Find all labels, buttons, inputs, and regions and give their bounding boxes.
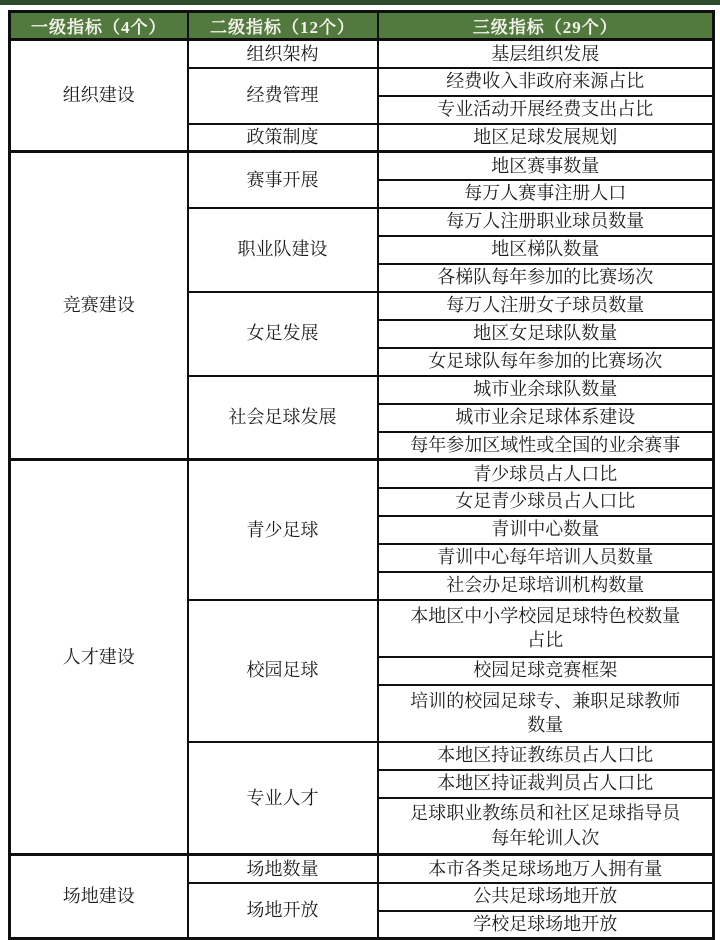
level3-cell: 青少球员占人口比 xyxy=(378,460,714,488)
level3-cell: 城市业余足球体系建设 xyxy=(378,404,714,432)
level3-cell: 城市业余球队数量 xyxy=(378,376,714,404)
indicator-table: 一级指标（4个） 二级指标（12个） 三级指标（29个） 组织建设组织架构基层组… xyxy=(8,10,715,940)
level2-cell: 赛事开展 xyxy=(188,152,378,208)
level2-cell: 组织架构 xyxy=(188,40,378,68)
level2-cell: 职业队建设 xyxy=(188,208,378,292)
level2-cell: 青少足球 xyxy=(188,460,378,600)
level3-cell: 青训中心数量 xyxy=(378,516,714,544)
level3-cell: 足球职业教练员和社区足球指导员每年轮训人次 xyxy=(378,798,714,855)
level3-cell: 经费收入非政府来源占比 xyxy=(378,68,714,96)
level3-cell: 每万人注册女子球员数量 xyxy=(378,292,714,320)
level1-cell: 人才建设 xyxy=(10,460,188,855)
table-row: 竞赛建设赛事开展地区赛事数量 xyxy=(10,152,714,180)
table-row: 组织建设组织架构基层组织发展 xyxy=(10,40,714,68)
level3-cell: 专业活动开展经费支出占比 xyxy=(378,96,714,124)
level3-cell: 每万人赛事注册人口 xyxy=(378,180,714,208)
level3-cell: 青训中心每年培训人员数量 xyxy=(378,544,714,572)
level3-cell: 本地区中小学校园足球特色校数量占比 xyxy=(378,600,714,657)
level3-cell: 公共足球场地开放 xyxy=(378,883,714,911)
level2-cell: 社会足球发展 xyxy=(188,376,378,460)
level2-cell: 经费管理 xyxy=(188,68,378,124)
level2-cell: 场地数量 xyxy=(188,855,378,883)
level3-cell: 地区赛事数量 xyxy=(378,152,714,180)
top-strip xyxy=(0,0,720,5)
header-cell-level3: 三级指标（29个） xyxy=(378,12,714,40)
table-header: 一级指标（4个） 二级指标（12个） 三级指标（29个） xyxy=(10,12,714,40)
level2-cell: 政策制度 xyxy=(188,124,378,152)
header-cell-level2: 二级指标（12个） xyxy=(188,12,378,40)
header-row: 一级指标（4个） 二级指标（12个） 三级指标（29个） xyxy=(10,12,714,40)
level2-cell: 场地开放 xyxy=(188,883,378,939)
level3-cell: 校园足球竞赛框架 xyxy=(378,657,714,685)
level3-cell: 本市各类足球场地万人拥有量 xyxy=(378,855,714,883)
level3-cell: 基层组织发展 xyxy=(378,40,714,68)
level1-cell: 组织建设 xyxy=(10,40,188,152)
level3-cell: 各梯队每年参加的比赛场次 xyxy=(378,264,714,292)
level3-cell: 女足青少球员占人口比 xyxy=(378,488,714,516)
header-cell-level1: 一级指标（4个） xyxy=(10,12,188,40)
level3-cell: 每年参加区域性或全国的业余赛事 xyxy=(378,432,714,460)
table-row: 场地建设场地数量本市各类足球场地万人拥有量 xyxy=(10,855,714,883)
level2-cell: 女足发展 xyxy=(188,292,378,376)
level3-cell: 本地区持证裁判员占人口比 xyxy=(378,770,714,798)
level3-cell: 地区足球发展规划 xyxy=(378,124,714,152)
level2-cell: 专业人才 xyxy=(188,742,378,855)
level3-cell: 学校足球场地开放 xyxy=(378,911,714,939)
level3-cell: 地区梯队数量 xyxy=(378,236,714,264)
table-row: 人才建设青少足球青少球员占人口比 xyxy=(10,460,714,488)
level3-cell: 培训的校园足球专、兼职足球教师数量 xyxy=(378,685,714,742)
level1-cell: 场地建设 xyxy=(10,855,188,939)
level2-cell: 校园足球 xyxy=(188,600,378,742)
level1-cell: 竞赛建设 xyxy=(10,152,188,460)
level3-cell: 女足球队每年参加的比赛场次 xyxy=(378,348,714,376)
level3-cell: 本地区持证教练员占人口比 xyxy=(378,742,714,770)
table-wrap: 一级指标（4个） 二级指标（12个） 三级指标（29个） 组织建设组织架构基层组… xyxy=(8,10,712,940)
indicator-table-body: 组织建设组织架构基层组织发展经费管理经费收入非政府来源占比专业活动开展经费支出占… xyxy=(10,40,714,939)
level3-cell: 地区女足球队数量 xyxy=(378,320,714,348)
level3-cell: 每万人注册职业球员数量 xyxy=(378,208,714,236)
level3-cell: 社会办足球培训机构数量 xyxy=(378,572,714,600)
